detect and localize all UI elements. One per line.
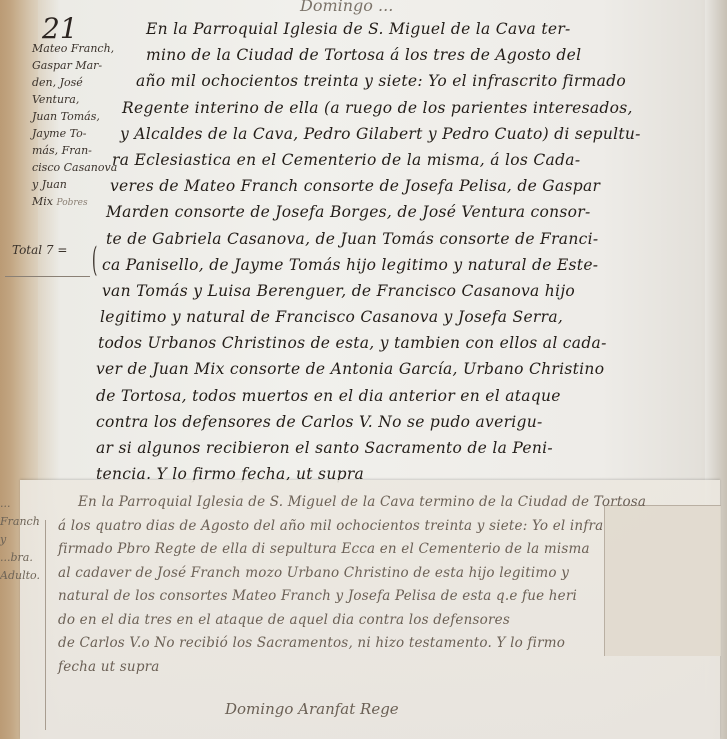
text-line: año mil ochocientos treinta y siete: Yo … [96, 72, 696, 98]
text-line: ar si algunos recibieron el santo Sacram… [96, 439, 696, 465]
text-line: contra los defensores de Carlos V. No se… [96, 413, 696, 439]
slip-line: al cadaver de José Franch mozo Urbano Ch… [58, 565, 718, 589]
slip-line: de Carlos V.o No recibió los Sacramentos… [58, 635, 718, 659]
slip-margin-rule [45, 520, 46, 730]
text-line: ver de Juan Mix consorte de Antonia Garc… [96, 360, 696, 386]
slip-margin-line: ... Franch [0, 495, 45, 531]
slip-line: firmado Pbro Regte de ella di sepultura … [58, 541, 718, 565]
text-line: ca Panisello, de Jayme Tomás hijo legiti… [96, 256, 696, 282]
text-line: Regente interino de ella (a ruego de los… [96, 99, 696, 125]
slip-line: do en el dia tres en el ataque de aquel … [58, 612, 718, 636]
margin-total: Total 7 = [12, 243, 67, 257]
slip-margin-line: y [0, 531, 45, 549]
text-line: y Alcaldes de la Cava, Pedro Gilabert y … [96, 125, 696, 151]
text-line: veres de Mateo Franch consorte de Josefa… [96, 177, 696, 203]
main-entry-text: En la Parroquial Iglesia de S. Miguel de… [96, 20, 696, 491]
text-line: Marden consorte de Josefa Borges, de Jos… [96, 203, 696, 229]
slip-text: En la Parroquial Iglesia de S. Miguel de… [58, 494, 718, 682]
slip-line: fecha ut supra [58, 659, 718, 683]
slip-line: natural de los consortes Mateo Franch y … [58, 588, 718, 612]
slip-line: á los quatro dias de Agosto del año mil … [58, 518, 718, 542]
manuscript-page: Domingo ... 21 Mateo Franch, Gaspar Mar-… [0, 0, 727, 739]
text-line: En la Parroquial Iglesia de S. Miguel de… [96, 20, 696, 46]
margin-name-mix: Mix [32, 195, 53, 208]
page-header-fragment: Domingo ... [300, 0, 393, 15]
text-line: legitimo y natural de Francisco Casanova… [96, 308, 696, 334]
text-line: te de Gabriela Casanova, de Juan Tomás c… [96, 230, 696, 256]
signature: Domingo Aranfat Rege [225, 700, 399, 718]
text-line: van Tomás y Luisa Berenguer, de Francisc… [96, 282, 696, 308]
slip-line: En la Parroquial Iglesia de S. Miguel de… [58, 494, 718, 518]
text-line: ra Eclesiastica en el Cementerio de la m… [96, 151, 696, 177]
text-line: todos Urbanos Christinos de esta, y tamb… [96, 334, 696, 360]
slip-margin-note: ... Franch y ...bra. Adulto. [0, 495, 45, 585]
text-line: de Tortosa, todos muertos en el dia ante… [96, 387, 696, 413]
margin-rule [5, 276, 90, 277]
slip-margin-line: Adulto. [0, 567, 45, 585]
slip-margin-line: ...bra. [0, 549, 45, 567]
margin-note-pobres: Pobres [57, 198, 88, 208]
text-line: mino de la Ciudad de Tortosa á los tres … [96, 46, 696, 72]
